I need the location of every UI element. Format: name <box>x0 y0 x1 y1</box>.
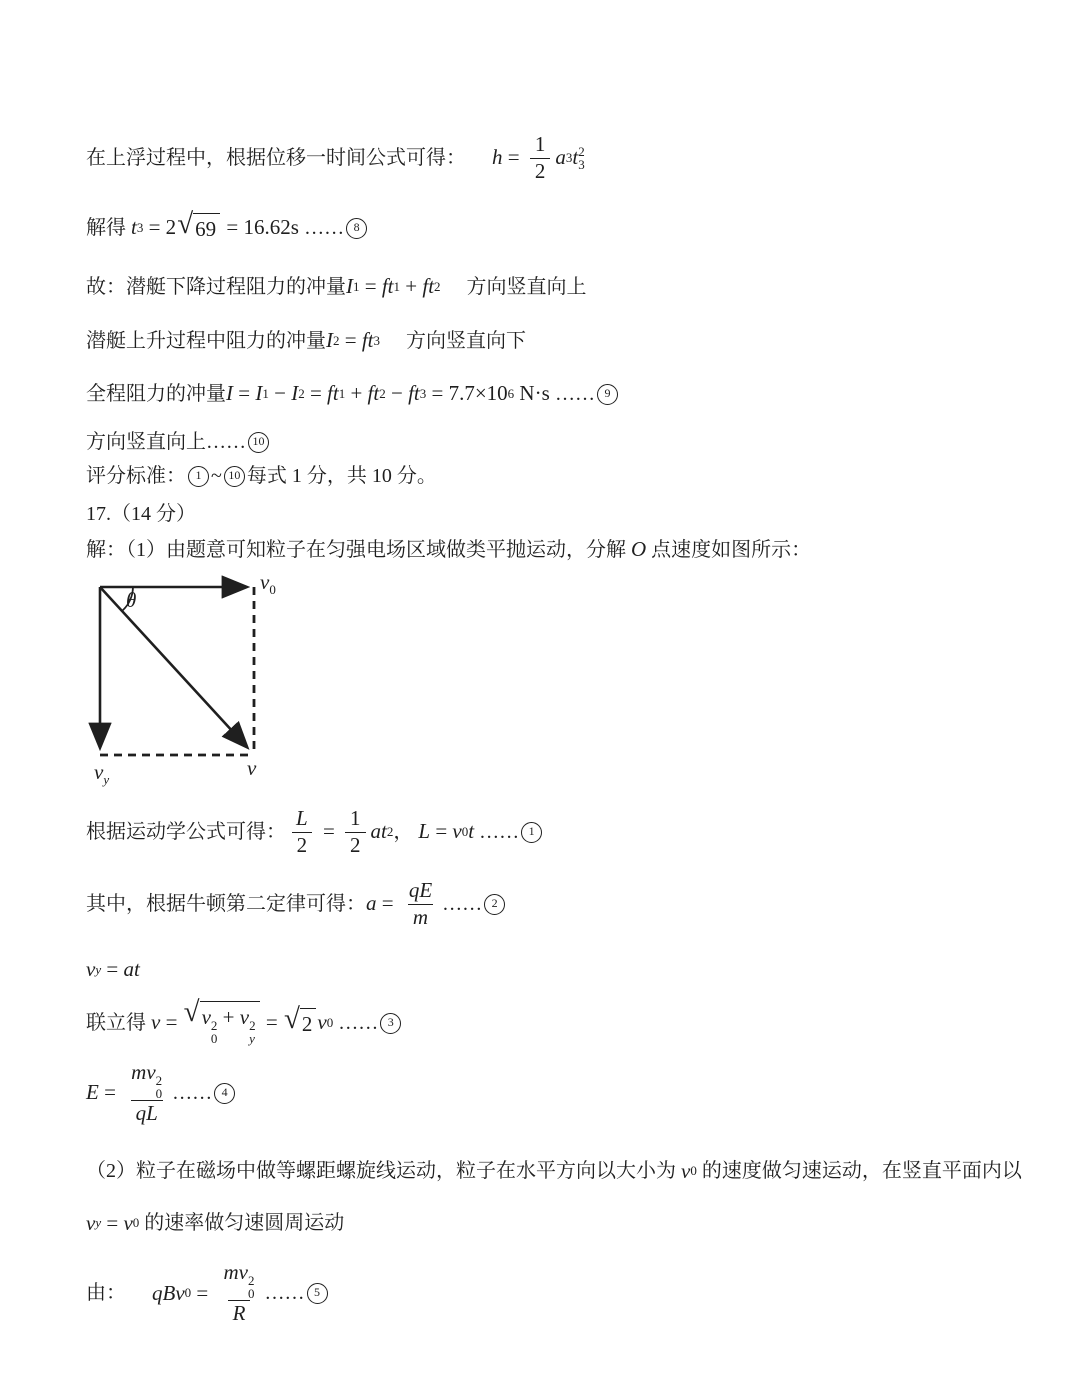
denominator: 2 <box>530 158 551 184</box>
fraction: mv20qL <box>126 1060 167 1126</box>
solution-line-impulse-descent: 故：潜艇下降过程阻力的冲量I1 = ft1 + ft2方向竖直向上 <box>86 272 1070 302</box>
math-term: I <box>226 380 233 407</box>
solution-line-t3-result: 解得 t3 = 2√69 = 16.62s ……8 <box>86 208 1070 248</box>
math-term: − <box>386 380 408 407</box>
text-run: …… <box>442 891 482 917</box>
text-run: …… <box>555 381 595 407</box>
subscript: 0 <box>156 1087 163 1100</box>
question-17-header: 17.（14 分） <box>86 500 1070 528</box>
solution-line-direction: 方向竖直向上……10 <box>86 428 1070 456</box>
vy-equals-at-line: vy = at <box>86 956 1070 984</box>
denominator: qL <box>131 1100 163 1126</box>
sub-sup-stack: 20 <box>248 1274 255 1300</box>
text-run: 方向竖直向上…… <box>86 429 246 455</box>
math-term: v <box>452 818 461 845</box>
math-term: 2 <box>350 833 361 857</box>
math-term: I <box>255 380 262 407</box>
math-term: L <box>418 818 430 845</box>
kinematics-formula-line: 根据运动学公式可得：L2 = 12at2， L = v0t ……1 <box>86 804 1070 860</box>
velocity-decomposition-diagram: v0 θ vy v <box>86 574 386 786</box>
math-term: v <box>247 756 256 780</box>
text-run: 联立得 <box>86 1010 151 1036</box>
subscript: 3 <box>374 333 381 350</box>
text-run: 解：（1）由题意可知粒子在匀强电场区域做类平抛运动，分解 <box>86 537 631 563</box>
fraction: L2 <box>291 806 313 857</box>
math-term: 2 <box>535 159 546 183</box>
math-term: ft <box>408 380 420 407</box>
denominator: R <box>228 1300 251 1326</box>
part2-circular-motion-line: vy = v0 的速率做匀速圆周运动 <box>86 1208 1070 1238</box>
text-run: …… <box>474 819 519 845</box>
text-run: 的速度做匀速运动，在竖直平面内以 <box>697 1158 1022 1184</box>
text-run: …… <box>304 215 344 241</box>
part2-helix-description-line: （2）粒子在磁场中做等螺距螺旋线运动，粒子在水平方向以大小为 v0 的速度做匀速… <box>86 1156 1070 1186</box>
math-term: = <box>99 1079 121 1106</box>
math-term: = 16.62s <box>221 214 304 241</box>
math-term: + <box>345 380 367 407</box>
math-term: qL <box>136 1101 158 1125</box>
text-run: 解得 <box>86 215 131 241</box>
math-term: = 7.7×10 <box>426 380 507 407</box>
radicand: 2 <box>300 1008 317 1038</box>
combined-velocity-line: 联立得 v = √v20 + v2y = √2v0 ……3 <box>86 1000 1070 1046</box>
math-term: ft <box>382 273 394 300</box>
subscript: 0 <box>248 1287 255 1300</box>
label-theta: θ <box>126 590 136 611</box>
math-term: I <box>346 273 353 300</box>
math-term: = <box>160 1009 182 1036</box>
label-v0: v0 <box>260 572 276 596</box>
math-term: ft <box>362 327 374 354</box>
text-run: 在上浮过程中，根据位移一时间公式可得： <box>86 145 466 171</box>
radical-sign: √ <box>184 998 200 1027</box>
math-term: v <box>94 760 103 784</box>
text-run: 点速度如图所示： <box>646 537 811 563</box>
math-term: v <box>240 1005 249 1029</box>
text-run: （2）粒子在磁场中做等螺距螺旋线运动，粒子在水平方向以大小为 <box>86 1158 681 1184</box>
text-run: …… <box>333 1010 378 1036</box>
math-term: a <box>366 890 377 917</box>
math-term: v <box>86 1210 95 1237</box>
circled-number: 1 <box>521 822 542 843</box>
math-term: = 2 <box>143 214 176 241</box>
sub-sup-stack: 20 <box>156 1074 163 1100</box>
circled-number: 1 <box>188 466 209 487</box>
circled-number: 9 <box>597 384 618 405</box>
math-term: 2 <box>302 1012 313 1036</box>
fraction: qEm <box>404 878 437 929</box>
answer-sheet-page: 在上浮过程中，根据位移一时间公式可得：h = 12a3t23 解得 t3 = 2… <box>0 0 1080 1326</box>
math-term: v <box>151 1009 160 1036</box>
solution-line-impulse-ascent: 潜艇上升过程中阻力的冲量I2 = ft3方向竖直向下 <box>86 326 1070 356</box>
math-term: v <box>202 1005 211 1029</box>
text-run: ， <box>393 819 418 845</box>
text-run: …… <box>265 1280 305 1306</box>
radicand: v20 + v2y <box>200 1001 260 1045</box>
text-run: 方向竖直向上 <box>467 274 587 300</box>
math-term: − <box>269 380 291 407</box>
math-term: = <box>377 890 399 917</box>
math-term: 2 <box>297 833 308 857</box>
denominator: 2 <box>345 832 366 858</box>
fraction: mv20R <box>219 1260 260 1326</box>
numerator: mv20 <box>219 1260 260 1300</box>
math-term: v <box>86 956 95 983</box>
solution-part1-intro: 解：（1）由题意可知粒子在匀强电场区域做类平抛运动，分解 O 点速度如图所示： <box>86 536 1070 564</box>
subscript: 0 <box>211 1032 218 1045</box>
math-term: ft <box>368 380 380 407</box>
math-term: + <box>217 1005 239 1029</box>
math-term: 1 <box>535 132 546 156</box>
denominator: 2 <box>292 832 313 858</box>
text-run: 17.（14 分） <box>86 501 196 527</box>
math-term: a <box>555 144 566 171</box>
math-term: at <box>123 956 139 983</box>
solution-line-total-impulse: 全程阻力的冲量I = I1 − I2 = ft1 + ft2 − ft3 = 7… <box>86 378 1070 410</box>
math-term: 1 <box>350 806 361 830</box>
math-term: at <box>371 818 387 845</box>
sub-sup-stack: 2y <box>249 1019 256 1045</box>
math-term: = <box>340 327 362 354</box>
math-term: v <box>123 1210 132 1237</box>
math-term: L <box>296 806 308 830</box>
text-run: 其中，根据牛顿第二定律可得： <box>86 891 366 917</box>
math-term: + <box>400 273 422 300</box>
denominator: m <box>408 904 433 930</box>
math-term: = <box>101 956 123 983</box>
numerator: qE <box>404 878 437 903</box>
circled-number: 3 <box>380 1013 401 1034</box>
fraction: 12 <box>345 806 366 857</box>
label-vy: vy <box>94 762 109 786</box>
circled-number: 8 <box>346 218 367 239</box>
math-term: = <box>430 818 452 845</box>
math-term: = <box>191 1280 213 1307</box>
text-run: 故：潜艇下降过程阻力的冲量 <box>86 274 346 300</box>
math-term: ft <box>327 380 339 407</box>
math-term: v <box>681 1158 690 1185</box>
radical-sign: √ <box>284 1005 300 1034</box>
text-run: …… <box>172 1080 212 1106</box>
circled-number: 2 <box>484 894 505 915</box>
subscript: 0 <box>269 582 276 597</box>
subscript: y <box>249 1032 256 1045</box>
math-term: qE <box>409 878 432 902</box>
electric-field-result-line: E = mv20qL……4 <box>86 1060 1070 1126</box>
text-run: 方向竖直向下 <box>406 328 526 354</box>
text-run: 每式 1 分，共 10 分。 <box>247 463 437 489</box>
solution-line-displacement-formula: 在上浮过程中，根据位移一时间公式可得：h = 12a3t23 <box>86 128 1070 188</box>
math-term: v <box>260 570 269 594</box>
circled-number: 5 <box>307 1283 328 1304</box>
scoring-note: 评分标准：1~10每式 1 分，共 10 分。 <box>86 462 1070 490</box>
math-term: mv <box>131 1060 156 1084</box>
math-term: N·s <box>514 380 555 407</box>
math-term: ft <box>422 273 434 300</box>
math-term: m <box>413 905 428 929</box>
subscript: 2 <box>434 279 441 296</box>
circled-number: 10 <box>224 466 245 487</box>
numerator: L <box>291 806 313 831</box>
math-term: qBv <box>152 1280 185 1307</box>
math-term: R <box>233 1301 246 1325</box>
text-run: 评分标准： <box>86 463 186 489</box>
math-term: 69 <box>195 217 216 241</box>
math-term: I <box>291 380 298 407</box>
text-run: 根据运动学公式可得： <box>86 819 286 845</box>
math-term: = <box>503 144 525 171</box>
math-term: θ <box>126 588 136 612</box>
math-term: v <box>317 1009 326 1036</box>
text-run: 潜艇上升过程中阻力的冲量 <box>86 328 326 354</box>
text-run: 全程阻力的冲量 <box>86 381 226 407</box>
magnetic-force-formula-line: 由：qBv0 = mv20R……5 <box>86 1260 1070 1326</box>
math-term: I <box>326 327 333 354</box>
math-term: = <box>305 380 327 407</box>
sub-sup-stack: 23 <box>578 145 585 171</box>
numerator: mv20 <box>126 1060 167 1100</box>
radicand: 69 <box>193 213 220 243</box>
circled-number: 10 <box>248 432 269 453</box>
circled-number: 4 <box>214 1083 235 1104</box>
math-term: = <box>261 1009 283 1036</box>
square-root: √2 <box>284 1008 316 1038</box>
math-term: O <box>631 536 646 563</box>
math-term: = <box>360 273 382 300</box>
square-root: √v20 + v2y <box>184 1001 260 1045</box>
text-run: ~ <box>211 463 222 489</box>
newton-second-law-line: 其中，根据牛顿第二定律可得：a = qEm……2 <box>86 876 1070 932</box>
text-run: 的速率做匀速圆周运动 <box>139 1210 344 1236</box>
fraction: 12 <box>530 132 551 183</box>
numerator: 1 <box>530 132 551 157</box>
math-term: E <box>86 1079 99 1106</box>
math-term: = <box>233 380 255 407</box>
math-term: mv <box>224 1260 249 1284</box>
square-root: √69 <box>177 213 220 243</box>
subscript: 3 <box>578 158 585 171</box>
math-term: h <box>492 144 503 171</box>
math-term: = <box>101 1210 123 1237</box>
math-term: = <box>318 818 340 845</box>
subscript: y <box>103 772 109 787</box>
text-run: 由： <box>86 1280 126 1306</box>
label-v: v <box>247 758 256 779</box>
numerator: 1 <box>345 806 366 831</box>
radical-sign: √ <box>177 210 193 239</box>
